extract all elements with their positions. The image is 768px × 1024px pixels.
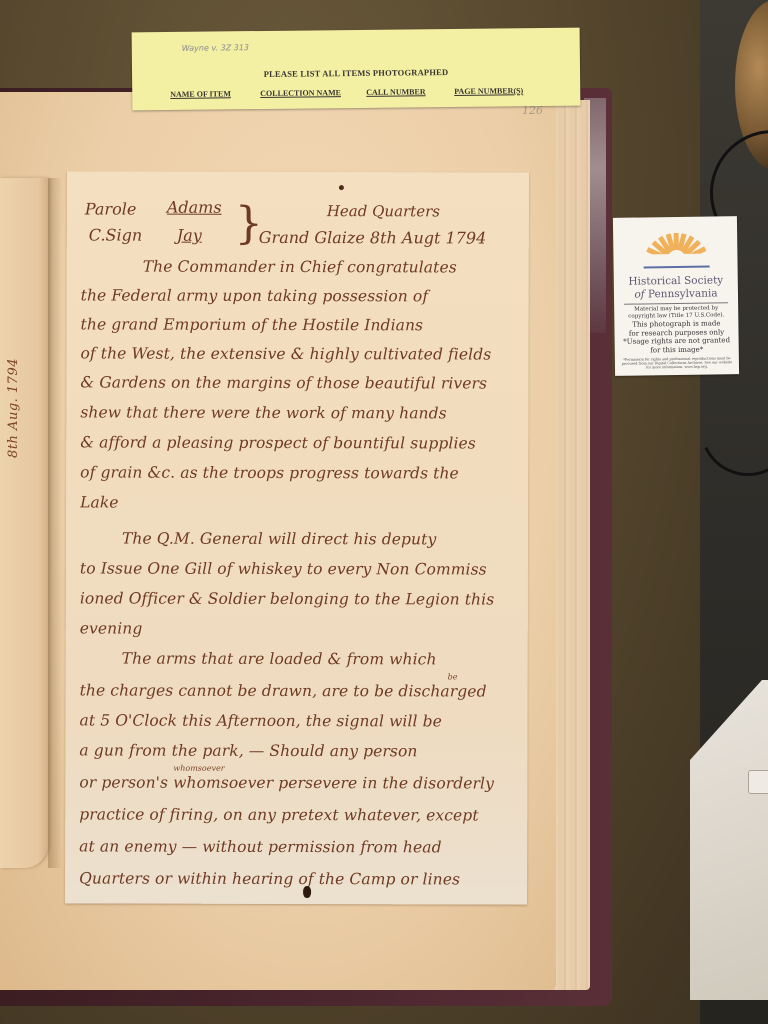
manuscript-line: & afford a pleasing prospect of bountifu… — [80, 433, 518, 452]
manuscript-line: & Gardens on the margins of those beauti… — [80, 373, 518, 392]
sunburst-logo-icon — [641, 229, 711, 266]
org-name-of: of — [634, 288, 644, 300]
gutter-shadow — [48, 178, 62, 868]
laptop-key — [748, 770, 768, 794]
col-name-of-item: NAME OF ITEM — [170, 89, 231, 99]
manuscript-line: shew that there were the work of many ha… — [80, 403, 518, 422]
hsp-usage-label: Historical Society of Pennsylvania Mater… — [613, 216, 739, 376]
interlinear-whomsoever: whomsoever — [173, 764, 224, 773]
manuscript-line: Lake — [80, 493, 518, 512]
call-slip: Wayne v. 3Z 313 PLEASE LIST ALL ITEMS PH… — [132, 28, 581, 111]
manuscript-line: or person's whomsoever persevere in the … — [79, 773, 517, 792]
manuscript-line: the Federal army upon taking possession … — [81, 286, 519, 305]
manuscript-line: to Issue One Gill of whiskey to every No… — [80, 559, 518, 578]
copyright-notice: Material may be protected by copyright l… — [618, 305, 735, 355]
ink-blot — [303, 886, 311, 898]
notice-line: for this image* — [619, 345, 735, 355]
countersign-label: C.Sign — [89, 225, 142, 244]
notice-line: *Usage rights are not granted — [619, 336, 735, 346]
manuscript-line: practice of firing, on any pretext whate… — [79, 805, 517, 824]
manuscript-line: the charges cannot be drawn, are to be d… — [80, 681, 518, 700]
org-name-line1: Historical Society — [614, 274, 738, 289]
manuscript-line: The arms that are loaded & from which — [80, 649, 518, 668]
countersign-word: Jay — [177, 226, 202, 245]
open-book-icon — [644, 266, 710, 269]
col-page-numbers: PAGE NUMBER(S) — [454, 86, 523, 96]
leaf-docket-inscription: 8th Aug. 1794 — [6, 358, 21, 458]
manuscript-line: at an enemy — without permission from he… — [79, 837, 517, 856]
date-location-line: Grand Glaize 8th Augt 1794 — [259, 228, 487, 248]
parole-label: Parole — [85, 199, 137, 218]
col-call-number: CALL NUMBER — [366, 87, 425, 97]
divider — [624, 302, 728, 304]
left-folded-leaf: 8th Aug. 1794 — [0, 178, 48, 868]
manuscript-line: The Q.M. General will direct his deputy — [80, 529, 518, 548]
parole-word: Adams — [167, 198, 222, 217]
hsp-org-name: Historical Society of Pennsylvania — [614, 274, 738, 302]
pencil-note: Wayne v. 3Z 313 — [182, 43, 249, 53]
interlinear-be: be — [448, 672, 458, 681]
manuscript-line: a gun from the park, — Should any person — [79, 741, 517, 760]
head-quarters-line: Head Quarters — [327, 202, 440, 220]
manuscript-line: of the West, the extensive & highly cult… — [80, 344, 518, 363]
manuscript-line: the grand Emporium of the Hostile Indian… — [81, 315, 519, 334]
pinhole — [339, 185, 344, 190]
manuscript-line: Quarters or within hearing of the Camp o… — [79, 869, 517, 888]
fine-print: *Permission for rights and professional … — [621, 356, 733, 370]
manuscript-line: The Commander in Chief congratulates — [81, 257, 519, 276]
manuscript-line: at 5 O'Clock this Afternoon, the signal … — [79, 711, 517, 730]
col-collection-name: COLLECTION NAME — [260, 88, 341, 98]
call-slip-columns: NAME OF ITEM COLLECTION NAME CALL NUMBER… — [170, 86, 568, 90]
org-name-line2: Pennsylvania — [648, 287, 718, 300]
manuscript-line: ioned Officer & Soldier belonging to the… — [80, 589, 518, 608]
manuscript-line: evening — [80, 619, 518, 638]
manuscript-line: of grain &c. as the troops progress towa… — [80, 463, 518, 482]
call-slip-title: PLEASE LIST ALL ITEMS PHOTOGRAPHED — [132, 66, 580, 81]
manuscript-leaf: Parole Adams C.Sign Jay } Head Quarters … — [65, 171, 529, 904]
